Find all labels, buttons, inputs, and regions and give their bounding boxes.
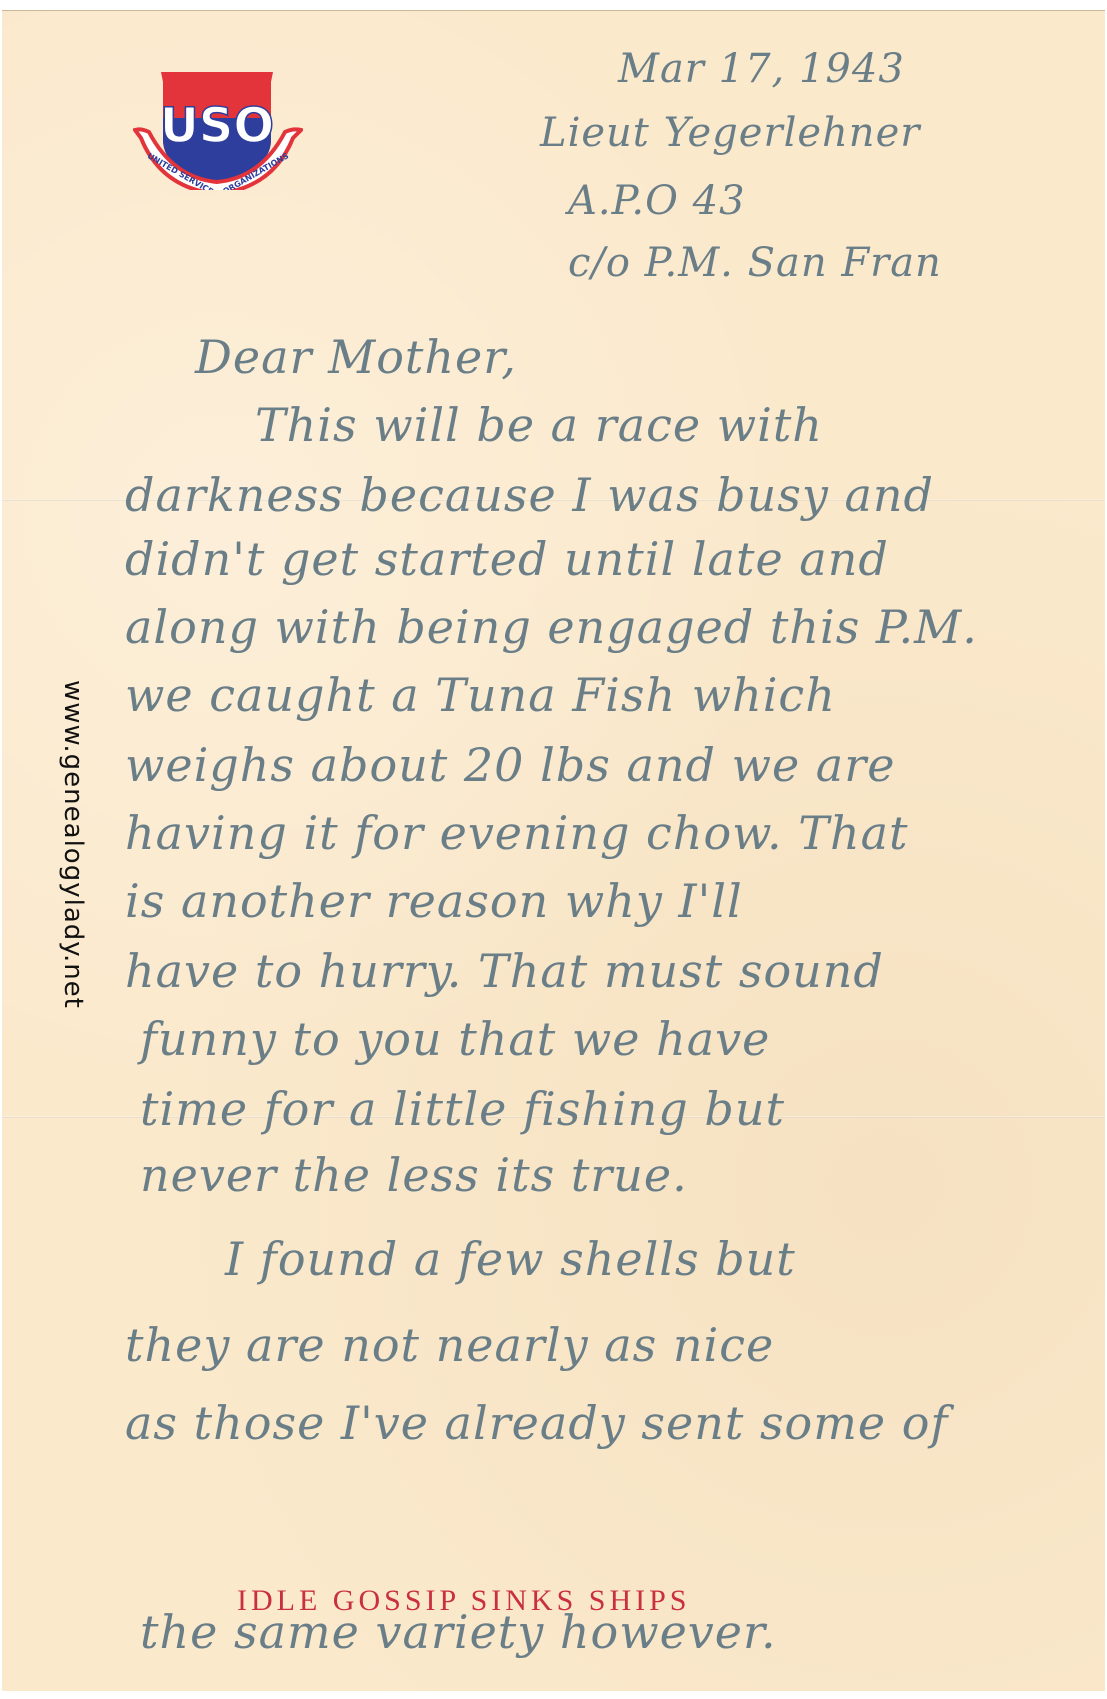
letter-line: is another reason why I'll bbox=[125, 874, 743, 928]
letter-line: didn't get started until late and bbox=[125, 532, 889, 586]
letter-line: having it for evening chow. That bbox=[125, 806, 909, 860]
letter-line: darkness because I was busy and bbox=[125, 468, 934, 522]
salutation: Dear Mother, bbox=[195, 330, 517, 384]
letterhead-slogan: IDLE GOSSIP SINKS SHIPS bbox=[237, 1584, 690, 1618]
uso-logo-icon: USO UNITED SERVICE ORGANIZATIONS bbox=[133, 70, 303, 190]
letter-line: along with being engaged this P.M. bbox=[125, 600, 978, 654]
letter-date: Mar 17, 1943 bbox=[618, 46, 905, 92]
letter-line: weighs about 20 lbs and we are bbox=[125, 738, 895, 792]
letter-line: never the less its true. bbox=[140, 1148, 688, 1202]
letter-line: have to hurry. That must sound bbox=[125, 944, 884, 998]
letter-line: I found a few shells but bbox=[225, 1232, 796, 1286]
watermark-url: www.genealogylady.net bbox=[58, 680, 88, 1009]
svg-text:USO: USO bbox=[160, 98, 274, 154]
letter-line: time for a little fishing but bbox=[140, 1082, 785, 1136]
letter-line: funny to you that we have bbox=[140, 1012, 770, 1066]
sender-apo: A.P.O 43 bbox=[568, 178, 746, 224]
letter-line: as those I've already sent some of bbox=[125, 1396, 948, 1450]
letter-line: they are not nearly as nice bbox=[125, 1318, 774, 1372]
sender-postmaster: c/o P.M. San Fran bbox=[568, 240, 942, 286]
sender-name: Lieut Yegerlehner bbox=[540, 110, 920, 156]
letter-line: we caught a Tuna Fish which bbox=[125, 668, 836, 722]
letter-line: This will be a race with bbox=[255, 398, 823, 452]
